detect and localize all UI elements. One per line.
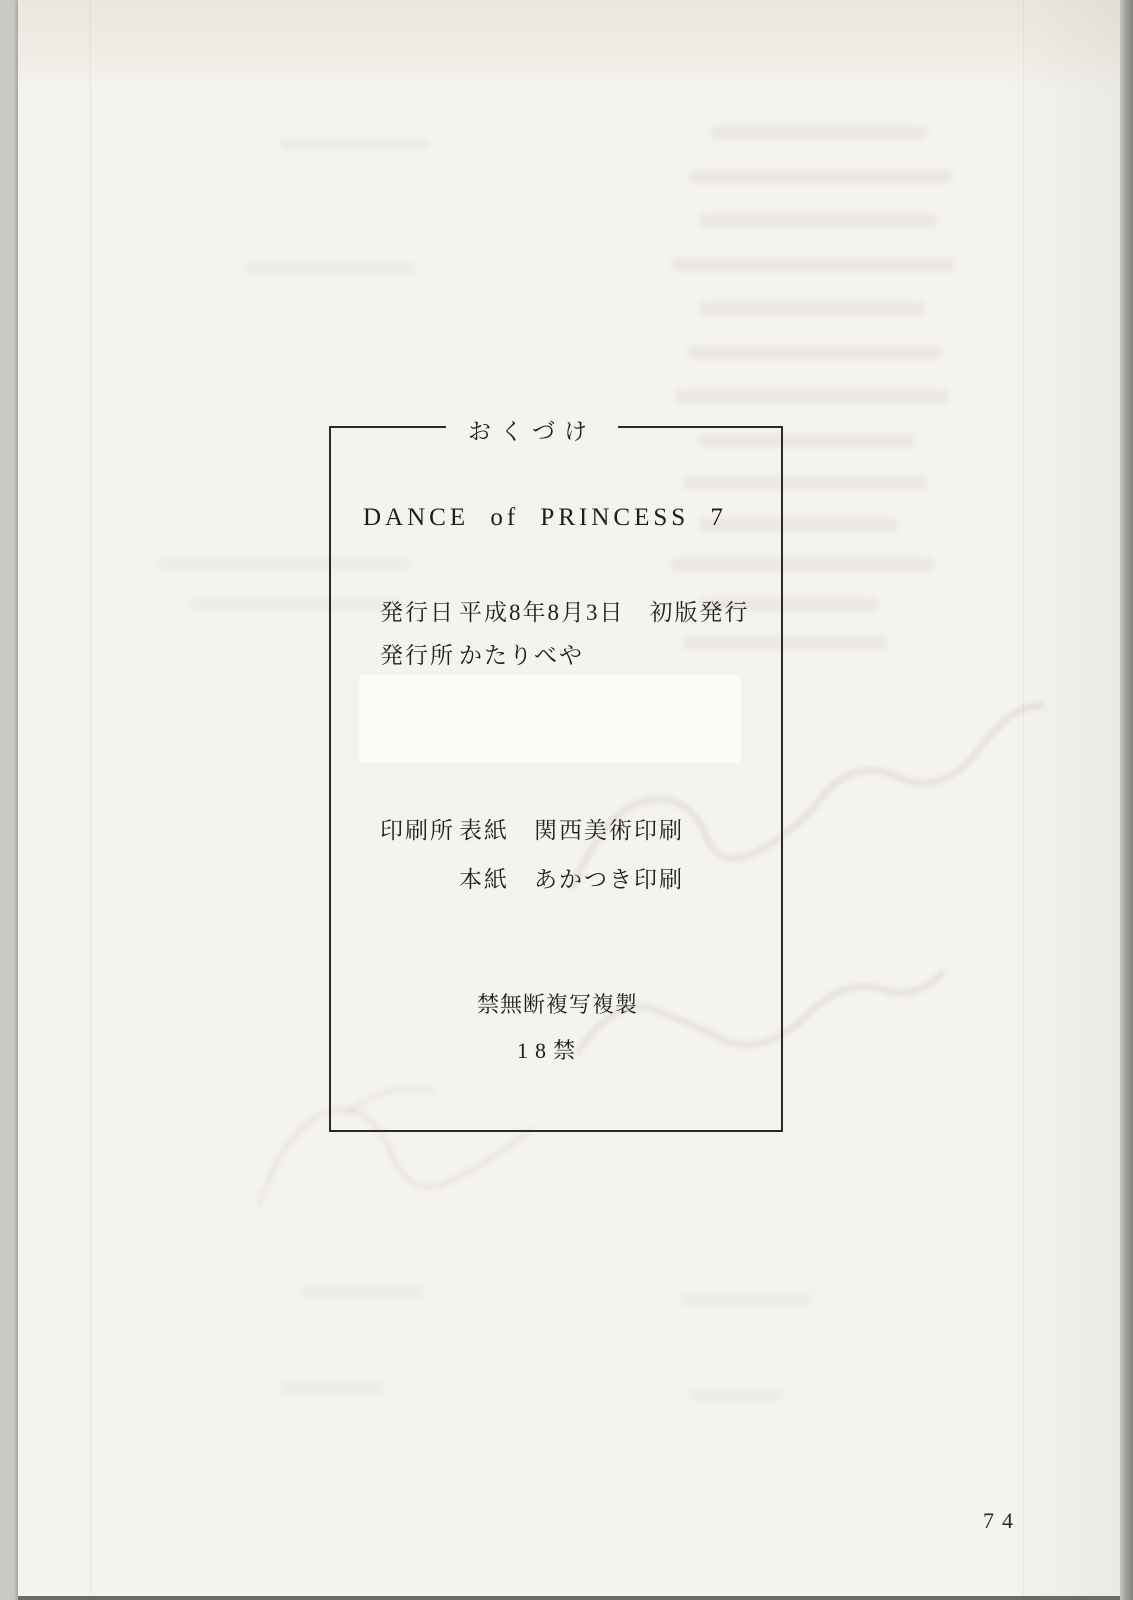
printer-body-line: 本紙 あかつき印刷: [380, 861, 684, 894]
scanned-page: おくづけ DANCE of PRINCESS 7 発行日平成8年8月3日 初版発…: [0, 0, 1133, 1600]
publisher-label: 発行所: [380, 637, 459, 670]
book-title: DANCE of PRINCESS 7: [363, 504, 727, 532]
colophon-header: おくづけ: [446, 413, 618, 446]
copyright-notice: 禁無断複写複製: [477, 988, 638, 1019]
publisher-value: かたりべや: [459, 643, 584, 668]
scan-bottom-edge: [18, 1596, 1120, 1600]
printer-label: 印刷所: [380, 812, 459, 845]
redacted-address-area: [359, 675, 741, 763]
page-number: 74: [983, 1508, 1021, 1534]
publication-date-label: 発行日: [380, 594, 459, 627]
printer-body-value: 本紙 あかつき印刷: [459, 867, 684, 892]
publisher-line: 発行所かたりべや: [380, 637, 584, 670]
publication-date-value: 平成8年8月3日 初版発行: [459, 600, 750, 625]
printer-line: 印刷所表紙 関西美術印刷: [380, 812, 684, 845]
scanner-edge-band: [1120, 0, 1133, 1600]
publication-date-line: 発行日平成8年8月3日 初版発行: [380, 594, 750, 627]
age-rating: 18禁: [517, 1034, 582, 1065]
printer-cover-value: 表紙 関西美術印刷: [459, 818, 684, 843]
colophon-box: おくづけ DANCE of PRINCESS 7 発行日平成8年8月3日 初版発…: [329, 426, 783, 1132]
paper-sheet: おくづけ DANCE of PRINCESS 7 発行日平成8年8月3日 初版発…: [18, 0, 1120, 1600]
